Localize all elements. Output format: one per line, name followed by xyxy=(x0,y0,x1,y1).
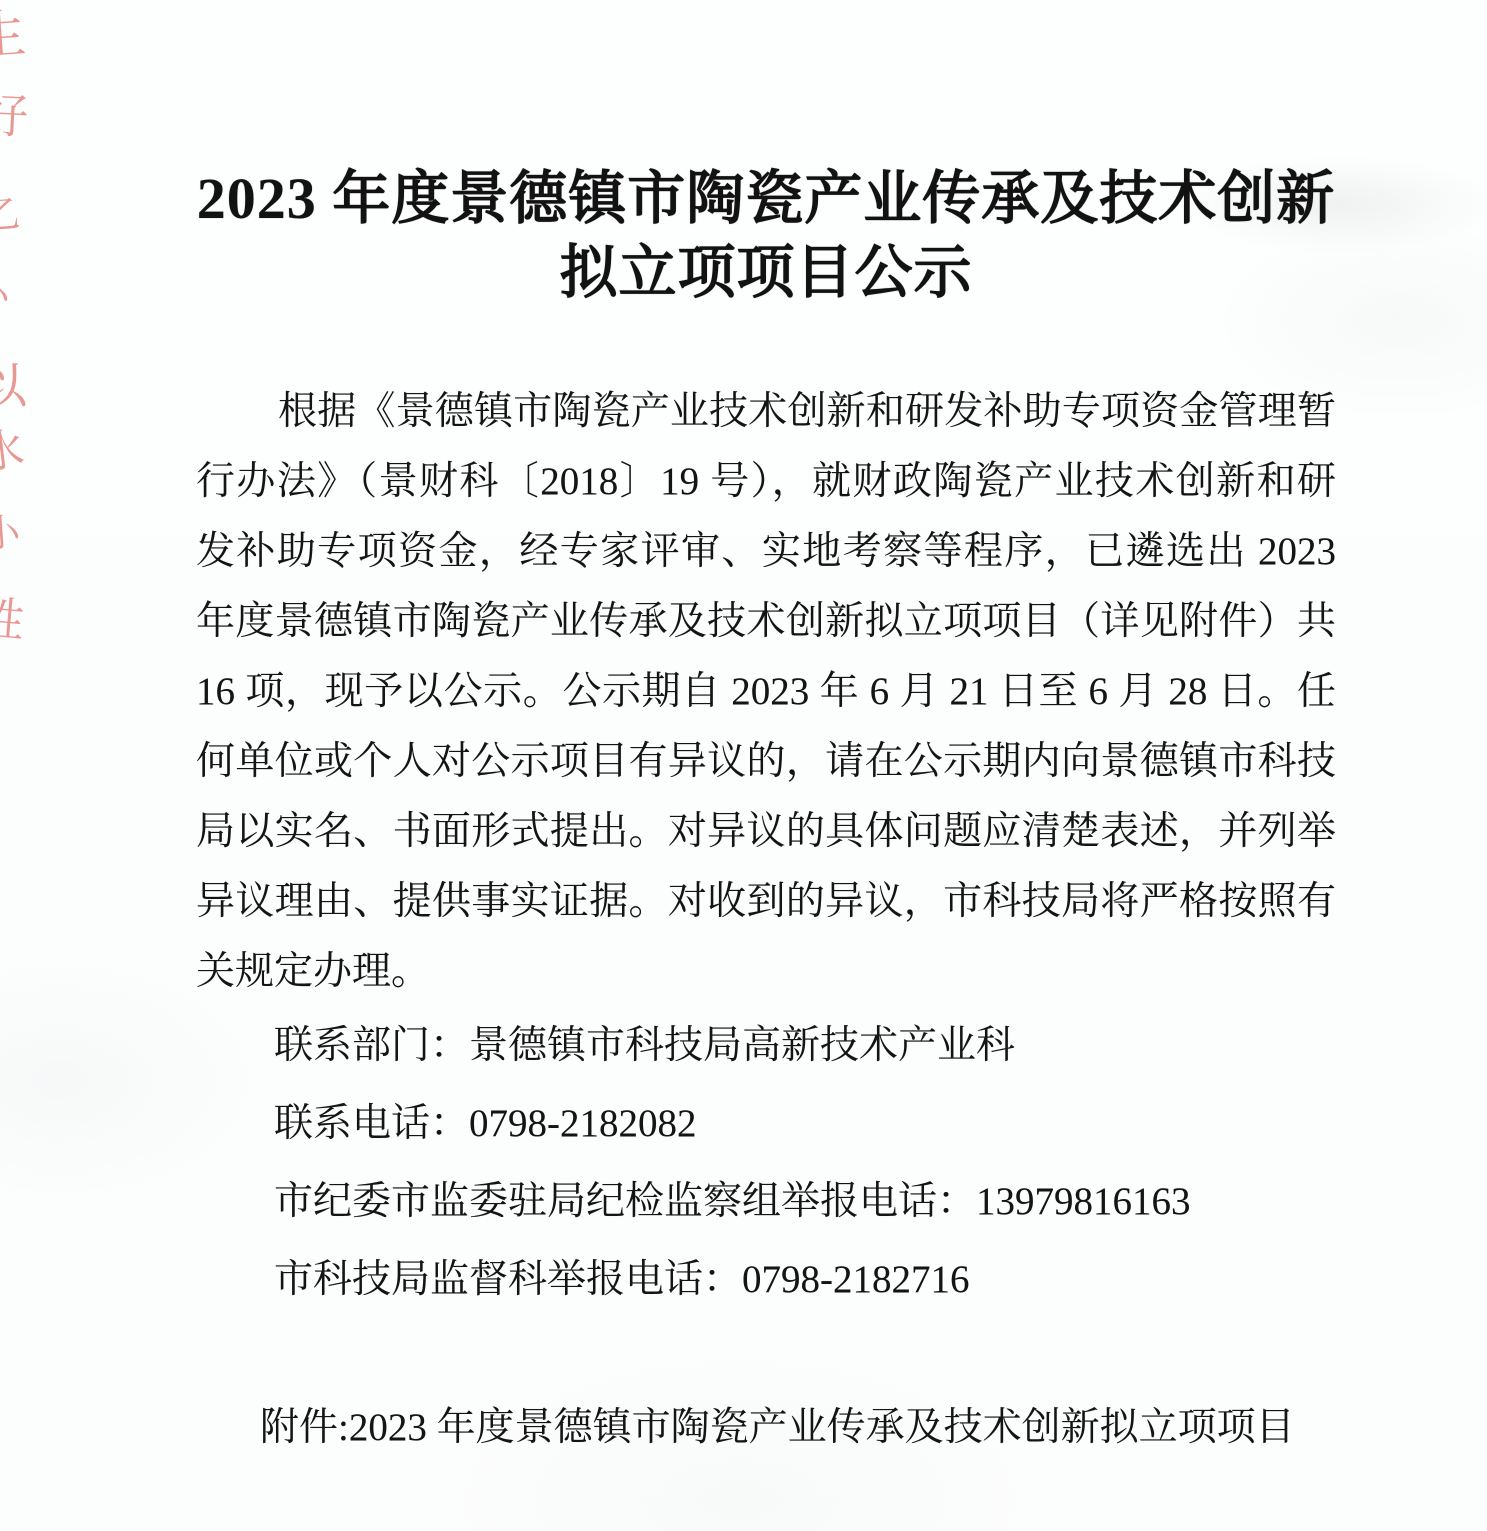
scanned-document-page: 生 好 乙 丶 以 水 小 姓 2023 年度景德镇市陶瓷产业传承及技术创新 拟… xyxy=(0,0,1487,1531)
contact-department-line: 联系部门：景德镇市科技局高新技术产业科 xyxy=(274,1007,1336,1085)
body-line: 16 项，现予以公示。公示期自 2023 年 6 月 21 日至 6 月 28 … xyxy=(196,657,1336,727)
attachment-line: 附件:2023 年度景德镇市陶瓷产业传承及技术创新拟立项项目 xyxy=(196,1398,1336,1458)
body-line: 关规定办理。 xyxy=(196,937,1336,1007)
body-line: 局以实名、书面形式提出。对异议的具体问题应清楚表述，并列举 xyxy=(196,797,1336,867)
body-line: 年度景德镇市陶瓷产业传承及技术创新拟立项项目（详见附件）共 xyxy=(196,587,1336,657)
red-handwriting-fragment: 乙 xyxy=(0,195,21,236)
red-handwriting-fragment: 小 xyxy=(0,513,21,554)
red-handwriting-fragment: 生 xyxy=(0,8,28,64)
red-handwriting-fragment: 以 xyxy=(0,360,28,413)
red-handwriting-fragment: 丶 xyxy=(0,278,20,316)
body-line: 发补助专项资金，经专家评审、实地考察等程序，已遴选出 2023 xyxy=(196,517,1336,587)
red-handwriting-fragment: 水 xyxy=(0,427,27,476)
supervision-phone-line: 市科技局监督科举报电话：0798-2182716 xyxy=(274,1241,1336,1319)
body-line: 异议理由、提供事实证据。对收到的异议，市科技局将严格按照有 xyxy=(196,867,1336,937)
document-title-line-2: 拟立项项目公示 xyxy=(196,236,1336,310)
document-body: 根据《景德镇市陶瓷产业技术创新和研发补助专项资金管理暂 行办法》（景财科〔201… xyxy=(196,377,1336,1458)
contact-info: 联系部门：景德镇市科技局高新技术产业科 联系电话：0798-2182082 市纪… xyxy=(196,1007,1336,1319)
body-line: 根据《景德镇市陶瓷产业技术创新和研发补助专项资金管理暂 xyxy=(278,377,1336,447)
document-title: 2023 年度景德镇市陶瓷产业传承及技术创新 拟立项项目公示 xyxy=(196,162,1336,310)
red-handwriting-fragment: 姓 xyxy=(0,594,26,644)
discipline-inspection-phone-line: 市纪委市监委驻局纪检监察组举报电话：13979816163 xyxy=(274,1163,1336,1241)
body-line: 行办法》（景财科〔2018〕19 号），就财政陶瓷产业技术创新和研 xyxy=(196,447,1336,517)
document-title-line-1: 2023 年度景德镇市陶瓷产业传承及技术创新 xyxy=(196,162,1336,236)
body-line: 何单位或个人对公示项目有异议的，请在公示期内向景德镇市科技 xyxy=(196,727,1336,797)
contact-phone-line: 联系电话：0798-2182082 xyxy=(274,1085,1336,1163)
red-handwriting-fragment: 好 xyxy=(0,91,29,141)
